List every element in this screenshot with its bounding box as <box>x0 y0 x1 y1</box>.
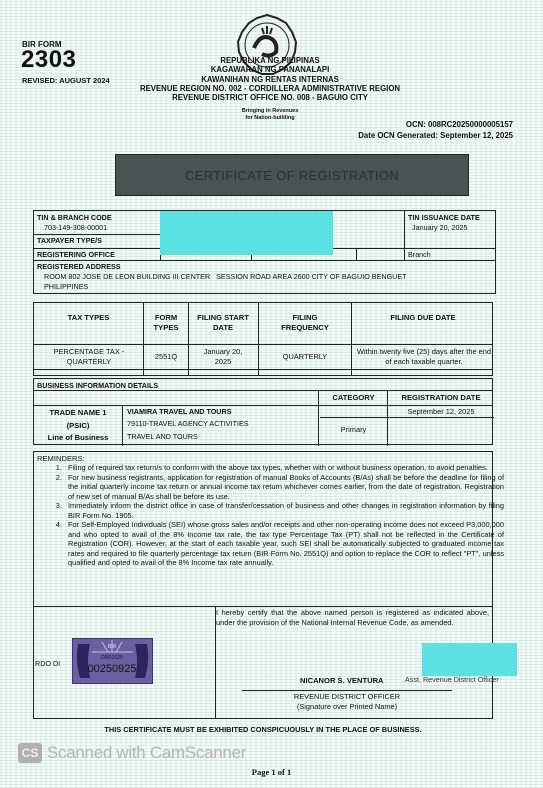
svg-text:BIR: BIR <box>108 644 117 650</box>
agency-line: REPUBLIKA NG PILIPINAS <box>100 56 440 65</box>
reminder-item: For new business registrants, applicatio… <box>64 473 504 502</box>
page-number: Page 1 of 1 <box>0 767 543 777</box>
tin-issuance-value: January 20, 2025 <box>412 223 468 232</box>
rdo-label: RDO DI <box>35 659 60 668</box>
cell-due-date: Within twenty five (25) days after the e… <box>356 347 492 366</box>
reminder-item: Filing of required tax return/s to confo… <box>64 463 504 473</box>
certificate-title: CERTIFICATE OF REGISTRATION <box>185 168 399 183</box>
category-value: Primary <box>320 425 387 435</box>
ocn-block: OCN: 008RC20250000005157 Date OCN Genera… <box>358 119 513 141</box>
signatory-name: NICANOR S. VENTURA <box>300 676 384 685</box>
tin-label: TIN & BRANCH CODE <box>37 213 112 222</box>
tax-types-table: TAX TYPES FORM TYPES FILING START DATE F… <box>33 302 493 376</box>
documentary-stamp-icon: BIR DBR2025 00250925 <box>72 638 153 684</box>
line-of-business-label: Line of Business <box>34 433 122 443</box>
reminders-title: REMINDERS: <box>37 454 85 463</box>
business-section-label: BUSINESS INFORMATION DETAILS <box>37 381 158 390</box>
camscanner-watermark: CS Scanned with CamScanner <box>18 743 246 763</box>
agency-tagline: Bringing in Revenues for Nation-building <box>200 108 340 122</box>
tin-value: 703-149-308-00001 <box>44 223 107 232</box>
trade-name-label: TRADE NAME 1 <box>34 408 122 418</box>
address-line-2: PHILIPPINES <box>44 282 88 291</box>
header-filing-due-date: FILING DUE DATE <box>353 313 493 323</box>
address-label: REGISTERED ADDRESS <box>37 262 121 271</box>
display-notice: THIS CERTIFICATE MUST BE EXHIBITED CONSP… <box>33 725 493 734</box>
svg-text:DBR2025: DBR2025 <box>101 655 123 661</box>
cell-tax-type: PERCENTAGE TAX - QUARTERLY <box>42 347 136 366</box>
ocn-number: OCN: 008RC20250000005157 <box>358 119 513 130</box>
agency-line: REVENUE REGION NO. 002 - CORDILLERA ADMI… <box>100 84 440 93</box>
line-of-business-value: TRAVEL AND TOURS <box>127 432 198 441</box>
officer-title-block: REVENUE DISTRICT OFFICER (Signature over… <box>242 692 452 711</box>
registration-date-value: September 12, 2025 <box>389 407 493 417</box>
header-tax-types: TAX TYPES <box>34 313 143 323</box>
header-filing-start: FILING START DATE <box>190 313 256 333</box>
agency-line: REVENUE DISTRICT OFFICE NO. 008 - BAGUIO… <box>100 93 440 102</box>
header-registration-date: REGISTRATION DATE <box>389 393 493 403</box>
officer-caption: (Signature over Printed Name) <box>242 702 452 712</box>
officer-title: REVENUE DISTRICT OFFICER <box>242 692 452 702</box>
ocn-date: Date OCN Generated: September 12, 2025 <box>358 130 513 141</box>
camscanner-text: Scanned with CamScanner <box>47 743 246 763</box>
cell-frequency: QUARTERLY <box>259 352 351 362</box>
taxpayer-type-label: TAXPAYER TYPE/S <box>37 236 102 245</box>
svg-text:00250925: 00250925 <box>88 663 137 675</box>
certification-text: I hereby certify that the above named pe… <box>216 608 489 627</box>
signatory-role: Asst. Revenue District Officer <box>405 675 499 684</box>
redaction-box <box>160 211 333 255</box>
agency-line: KAWANIHAN NG RENTAS INTERNAS <box>100 75 440 84</box>
form-number: 2303 <box>21 46 76 74</box>
camscanner-logo-icon: CS <box>18 743 42 763</box>
agency-line: KAGAWARAN NG PANANALAPI <box>100 65 440 74</box>
tagline-line: Bringing in Revenues <box>200 108 340 115</box>
tin-issuance-label: TIN ISSUANCE DATE <box>408 213 480 222</box>
certificate-title-banner: CERTIFICATE OF REGISTRATION <box>115 154 469 196</box>
reminders-list: Filing of required tax return/s to confo… <box>50 463 504 568</box>
registering-office-value: Branch <box>408 250 431 259</box>
reminder-item: Immediately inform the district office i… <box>64 501 504 520</box>
business-info-table: BUSINESS INFORMATION DETAILS CATEGORY RE… <box>33 378 493 445</box>
trade-name-value: VIAMIRA TRAVEL AND TOURS <box>127 407 232 416</box>
signature-line <box>242 690 452 691</box>
header-category: CATEGORY <box>320 393 387 403</box>
address-line-1: ROOM 802 JOSE DE LEON BUILDING III CENTE… <box>44 272 407 281</box>
redaction-box <box>422 643 517 676</box>
form-revised: REVISED: AUGUST 2024 <box>22 76 110 85</box>
header-filing-frequency: FILING FREQUENCY <box>260 313 350 333</box>
tagline-line: for Nation-building <box>200 115 340 122</box>
reminder-item: For Self-Employed Individuals (SEI) whos… <box>64 520 504 568</box>
header-form-types: FORM TYPES <box>146 313 186 333</box>
cell-form-type: 2551Q <box>144 352 188 362</box>
psic-label: (PSIC) <box>34 421 122 431</box>
psic-value: 79110-TRAVEL AGENCY ACTIVITIES <box>127 419 249 428</box>
agency-header: REPUBLIKA NG PILIPINAS KAGAWARAN NG PANA… <box>100 56 440 102</box>
registering-office-label: REGISTERING OFFICE <box>37 250 115 259</box>
cell-start-date: January 20, 2025 <box>196 347 250 366</box>
